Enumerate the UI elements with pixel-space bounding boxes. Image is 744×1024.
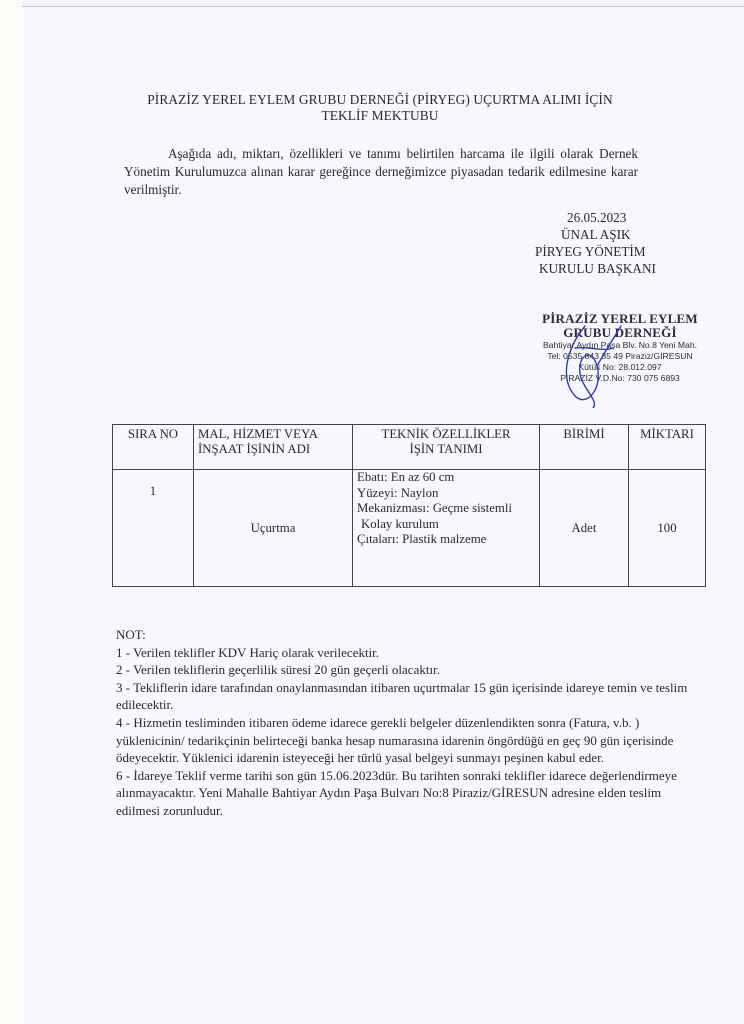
cell-item-name: Uçurtma [194, 470, 353, 587]
cell-technical-specs: Ebatı: En az 60 cm Yüzeyi: Naylon Mekani… [353, 470, 540, 587]
header-item-name-line-2: İNŞAAT İŞİNİN ADI [198, 442, 348, 457]
note-item: 3 - Tekliflerin idare tarafından onaylan… [116, 679, 696, 714]
cell-quantity: 100 [629, 470, 706, 587]
header-spec-line-2: İŞİN TANIMI [357, 442, 535, 457]
table-header-row: SIRA NO MAL, HİZMET VEYA İNŞAAT İŞİNİN A… [113, 425, 706, 470]
spec-line: Ebatı: En az 60 cm [357, 470, 535, 486]
document-title: PİRAZİZ YEREL EYLEM GRUBU DERNEĞİ (PİRYE… [120, 92, 640, 124]
note-item: 2 - Verilen tekliflerin geçerlilik süres… [116, 661, 696, 679]
signatory-role-1: PİRYEG YÖNETİM [535, 243, 685, 260]
note-item: 4 - Hizmetin tesliminden itibaren ödeme … [116, 714, 696, 767]
header-item-name-line-1: MAL, HİZMET VEYA [198, 427, 348, 442]
title-line-2: TEKLİF MEKTUBU [120, 108, 640, 124]
header-quantity: MİKTARI [629, 425, 706, 470]
header-item-name: MAL, HİZMET VEYA İNŞAAT İŞİNİN ADI [194, 425, 353, 470]
items-table: SIRA NO MAL, HİZMET VEYA İNŞAAT İŞİNİN A… [112, 424, 706, 587]
signatory-name: ÜNAL AŞIK [535, 226, 685, 243]
header-spec-line-1: TEKNİK ÖZELLİKLER [357, 427, 535, 442]
header-technical-specs: TEKNİK ÖZELLİKLER İŞİN TANIMI [353, 425, 540, 470]
title-line-1: PİRAZİZ YEREL EYLEM GRUBU DERNEĞİ (PİRYE… [120, 92, 640, 108]
notes-heading: NOT: [116, 626, 696, 644]
cell-unit: Adet [540, 470, 629, 587]
letter-date: 26.05.2023 [535, 209, 685, 226]
header-unit: BİRİMİ [540, 425, 629, 470]
table-row: 1 Uçurtma Ebatı: En az 60 cm Yüzeyi: Nay… [113, 470, 706, 587]
signatory-block: 26.05.2023 ÜNAL AŞIK PİRYEG YÖNETİM KURU… [535, 209, 685, 277]
scan-margin [0, 0, 22, 1024]
intro-text: Aşağıda adı, miktarı, özellikleri ve tan… [124, 146, 638, 197]
spec-line: Çıtaları: Plastik malzeme [357, 532, 535, 548]
notes-section: NOT: 1 - Verilen teklifler KDV Hariç ola… [116, 626, 696, 820]
signature-icon [555, 318, 625, 408]
note-item: 6 - İdareye Teklif verme tarihi son gün … [116, 767, 696, 820]
signatory-role-2: KURULU BAŞKANI [535, 260, 685, 277]
spec-line: Mekanizması: Geçme sistemli [357, 501, 535, 517]
intro-paragraph: Aşağıda adı, miktarı, özellikleri ve tan… [124, 145, 638, 199]
header-sira-no: SIRA NO [113, 425, 194, 470]
spec-line: Kolay kurulum [357, 517, 535, 533]
spec-line: Yüzeyi: Naylon [357, 486, 535, 502]
cell-sira-no: 1 [113, 470, 194, 587]
note-item: 1 - Verilen teklifler KDV Hariç olarak v… [116, 644, 696, 662]
